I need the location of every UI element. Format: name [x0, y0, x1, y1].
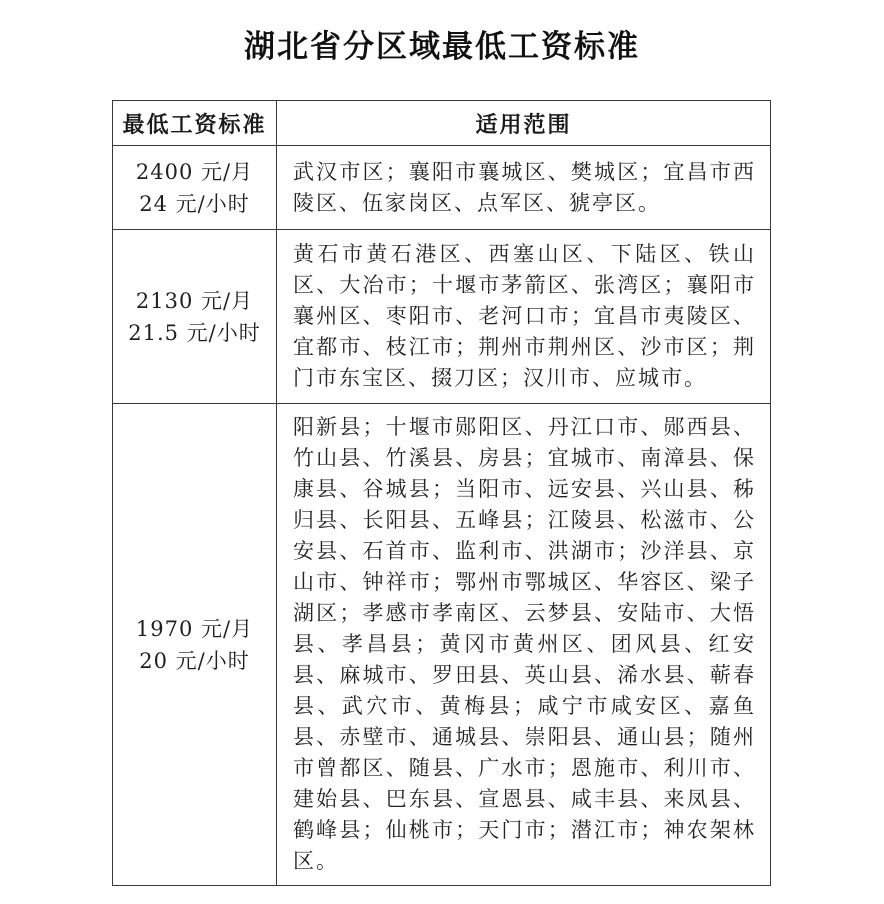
table-body: 2400 元/月 24 元/小时 武汉市区；襄阳市襄城区、樊城区；宜昌市西陵区、… [113, 146, 771, 886]
applicable-scope-cell: 黄石市黄石港区、西塞山区、下陆区、铁山区、大冶市；十堰市茅箭区、张湾区；襄阳市襄… [277, 230, 771, 404]
monthly-wage: 2400 元/月 [117, 156, 272, 188]
hourly-wage: 24 元/小时 [117, 188, 272, 220]
table-header: 最低工资标准 适用范围 [113, 101, 771, 146]
applicable-scope-cell: 阳新县；十堰市郧阳区、丹江口市、郧西县、竹山县、竹溪县、房县；宜城市、南漳县、保… [277, 404, 771, 886]
monthly-wage: 1970 元/月 [117, 613, 272, 645]
column-header-scope: 适用范围 [277, 101, 771, 146]
hourly-wage: 20 元/小时 [117, 645, 272, 677]
monthly-wage: 2130 元/月 [117, 285, 272, 317]
table-row: 2130 元/月 21.5 元/小时 黄石市黄石港区、西塞山区、下陆区、铁山区、… [113, 230, 771, 404]
wage-standard-cell: 2130 元/月 21.5 元/小时 [113, 230, 277, 404]
wage-standard-cell: 1970 元/月 20 元/小时 [113, 404, 277, 886]
applicable-scope-cell: 武汉市区；襄阳市襄城区、樊城区；宜昌市西陵区、伍家岗区、点军区、猇亭区。 [277, 146, 771, 230]
page-title: 湖北省分区域最低工资标准 [0, 0, 884, 66]
wage-standard-cell: 2400 元/月 24 元/小时 [113, 146, 277, 230]
column-header-standard: 最低工资标准 [113, 101, 277, 146]
document-page: 湖北省分区域最低工资标准 最低工资标准 适用范围 2400 元/月 24 元/小… [0, 0, 884, 904]
hourly-wage: 21.5 元/小时 [117, 317, 272, 349]
minimum-wage-table: 最低工资标准 适用范围 2400 元/月 24 元/小时 武汉市区；襄阳市襄城区… [112, 100, 771, 886]
header-row: 最低工资标准 适用范围 [113, 101, 771, 146]
table-row: 1970 元/月 20 元/小时 阳新县；十堰市郧阳区、丹江口市、郧西县、竹山县… [113, 404, 771, 886]
table-row: 2400 元/月 24 元/小时 武汉市区；襄阳市襄城区、樊城区；宜昌市西陵区、… [113, 146, 771, 230]
